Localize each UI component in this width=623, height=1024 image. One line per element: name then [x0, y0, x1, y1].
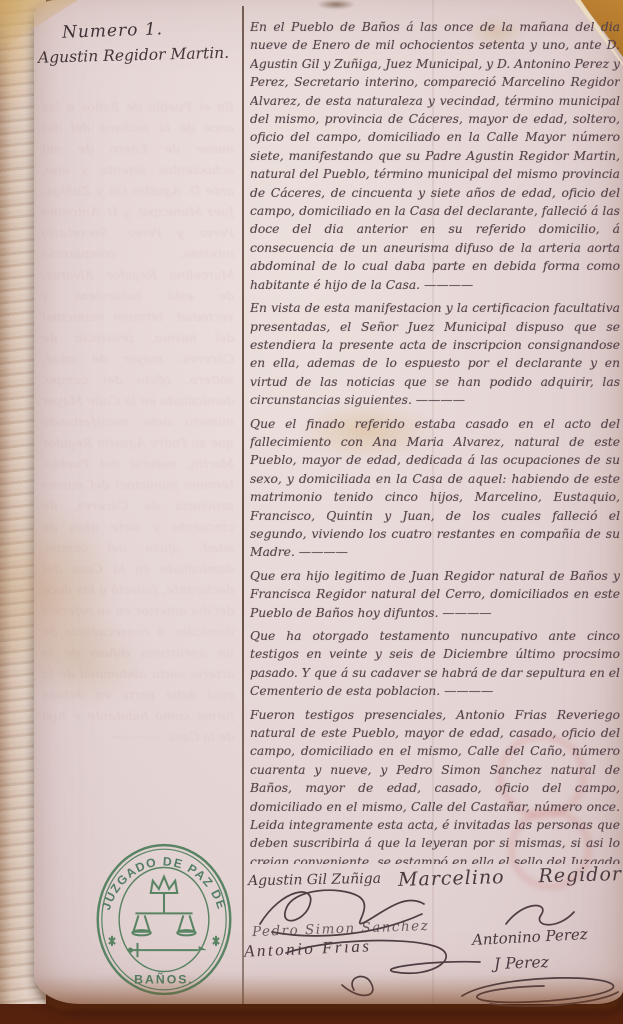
margin-rule-line — [242, 6, 244, 1004]
rubric-flourish-judge — [252, 882, 437, 940]
paragraph-marriage: Que el finado referido estaba casado en … — [250, 415, 620, 562]
paragraph-witnesses: Fueron testigos presenciales, Antonio Fr… — [250, 706, 620, 864]
paragraph-opening: En el Pueblo de Baños á las once de la m… — [250, 18, 620, 294]
rubric-flourish-secretary — [452, 966, 622, 1012]
signature-declarant-last: Regidor — [538, 863, 622, 887]
court-seal-stamp: JUZGADO DE PAZ DE BAÑOS. — [88, 840, 240, 998]
paragraph-testament: Que ha otorgado testamento nuncupativo a… — [250, 627, 620, 701]
rubric-flourish-declarant — [500, 896, 582, 934]
stamp-bottom-text: BAÑOS. — [134, 972, 194, 987]
paragraph-order: En vista de esta manifestacion y la cert… — [250, 299, 620, 409]
paragraph-parents: Que era hijo legitimo de Juan Regidor na… — [250, 567, 620, 622]
ink-bleedthrough-text: En el Pueblo de Baños á las once de la m… — [42, 96, 234, 756]
record-body-text: En el Pueblo de Baños á las once de la m… — [250, 18, 620, 864]
photo-of-register-page: Numero 1. Agustin Regidor Martin. En el … — [0, 0, 623, 1024]
